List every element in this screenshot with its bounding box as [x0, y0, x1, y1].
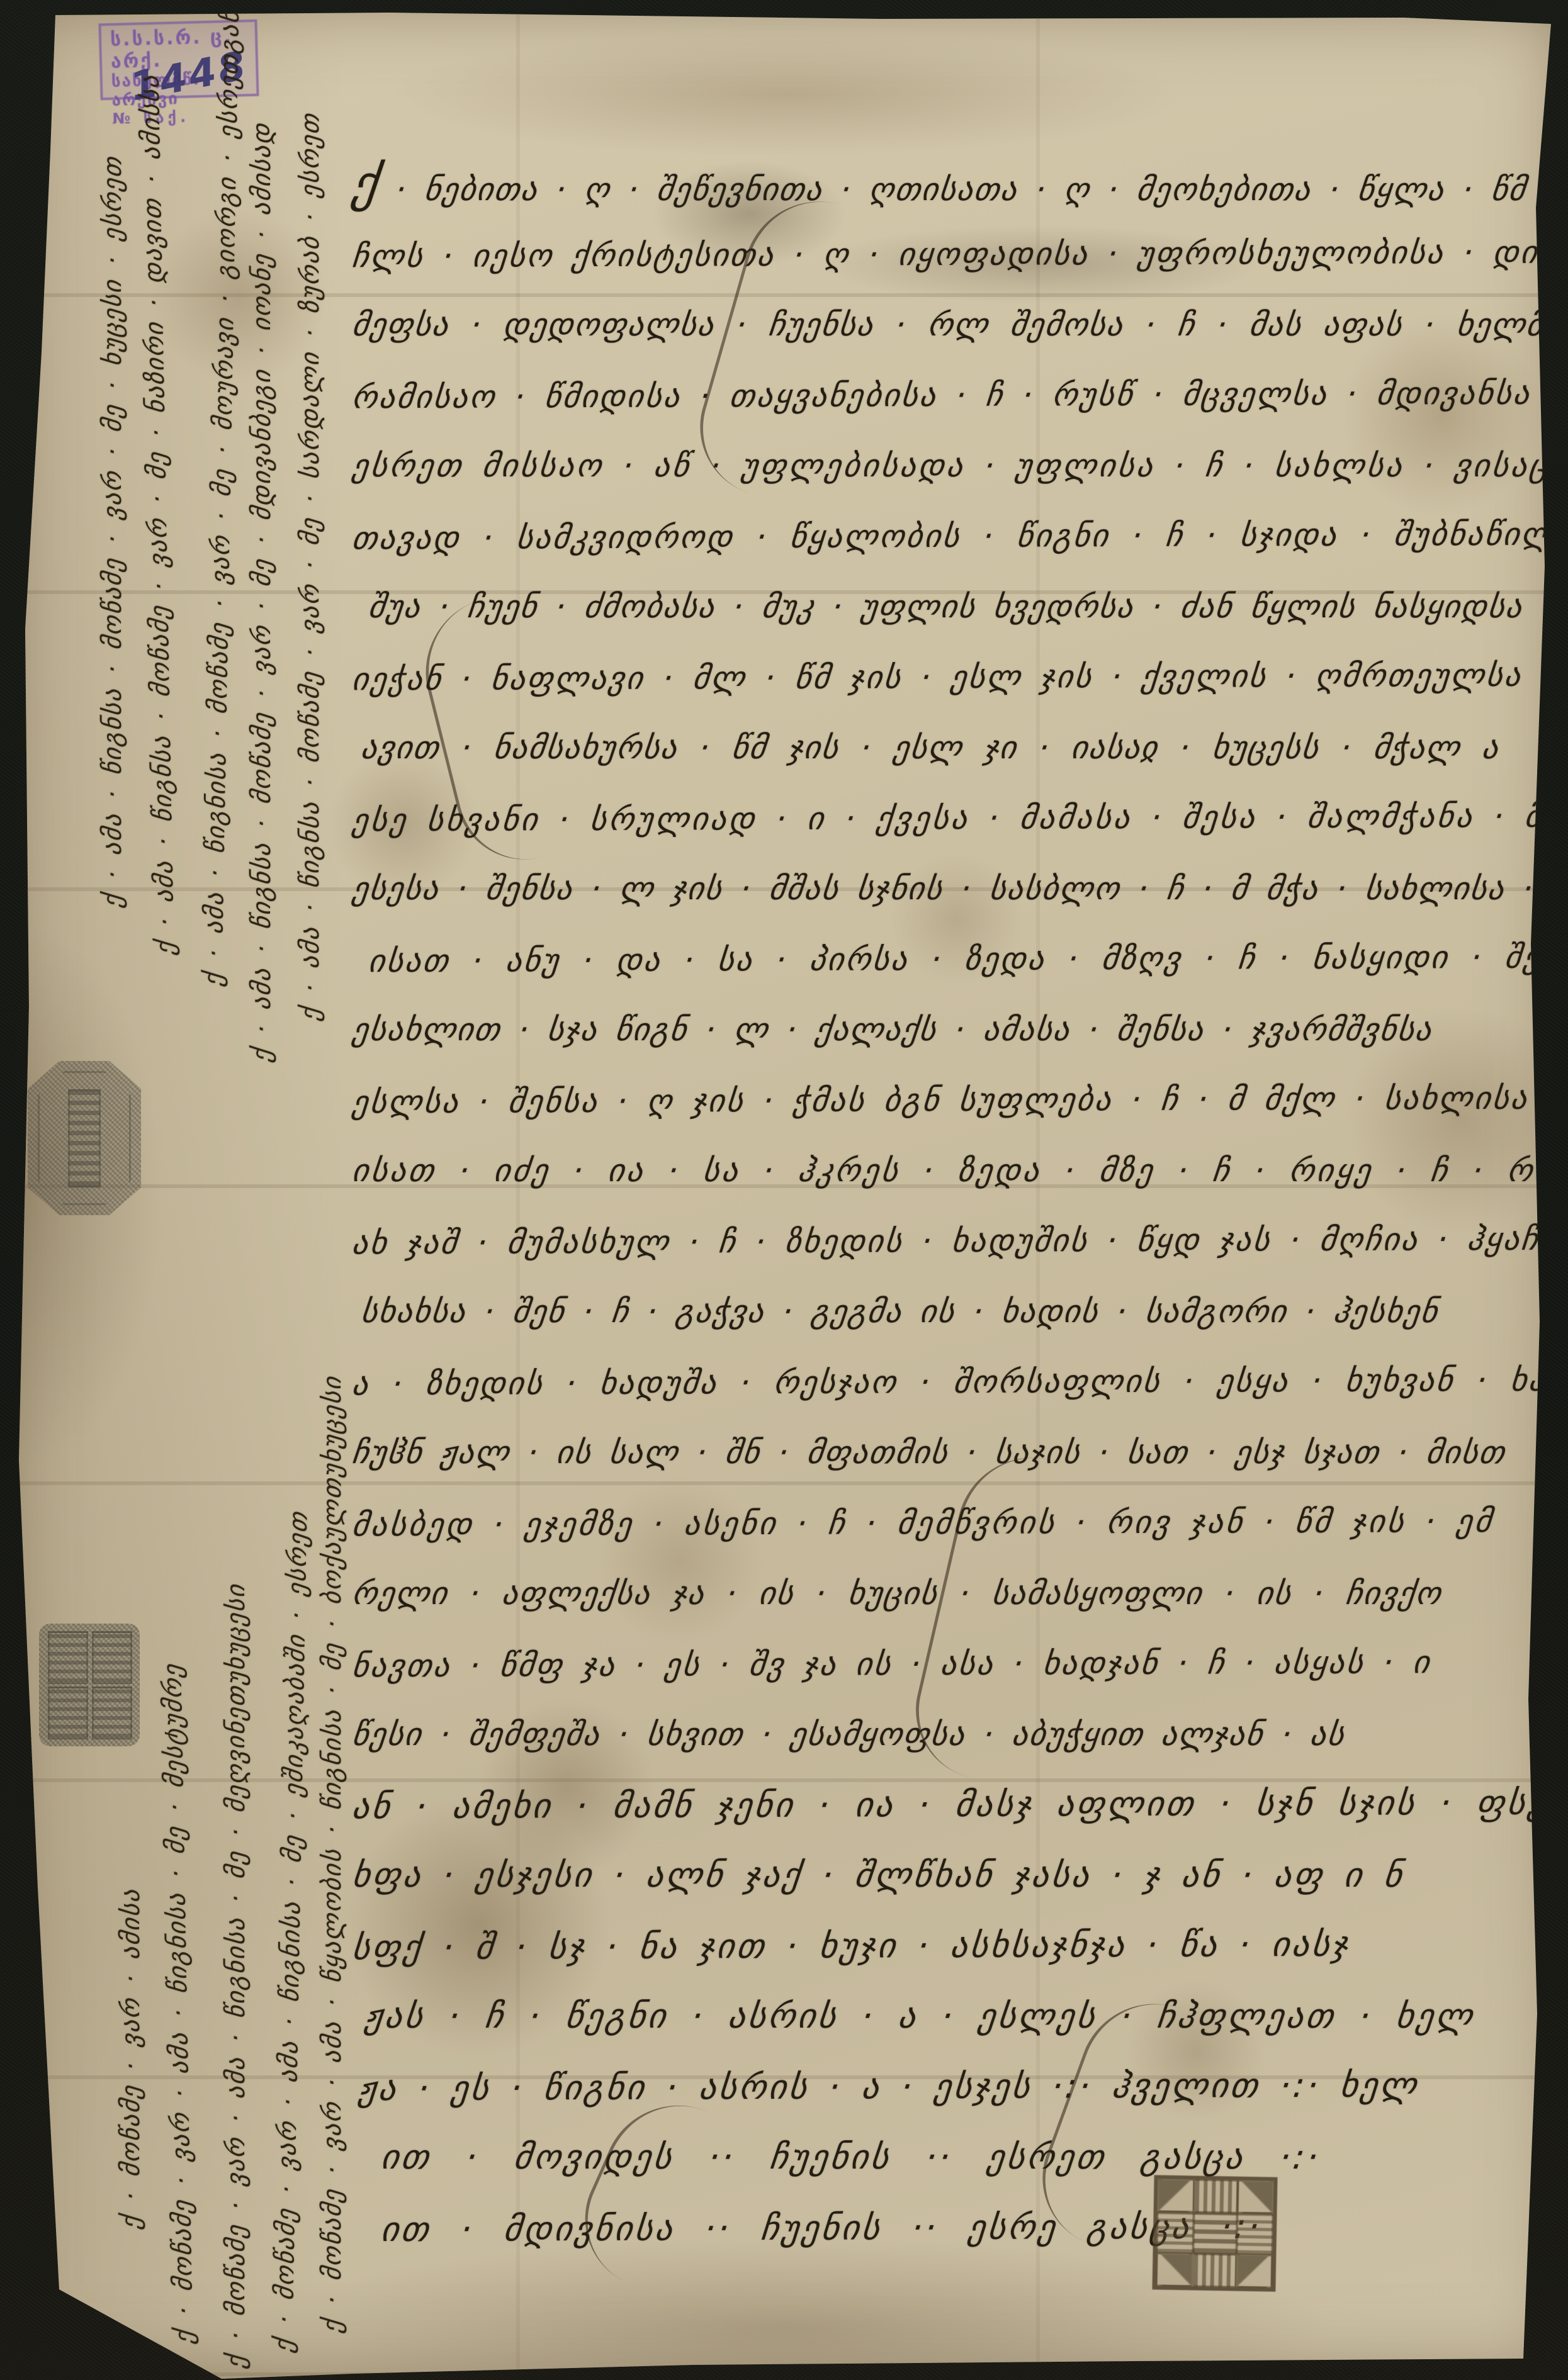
manuscript-line: სხახსა · შენ · ჩ · გაჭვა · გეგმა ის · ხა…: [348, 1276, 1553, 1347]
margin-witness-note: ქ · ამა · წიგნისა · მოწამე · ვარ · მე · …: [199, 8, 245, 987]
seal-corner-ornament: [1158, 2179, 1194, 2211]
octagonal-seal-inscription: [68, 1089, 101, 1187]
manuscript-line: რამისაო · წმიდისა · თაყვანებისა · ჩ · რუ…: [349, 358, 1552, 433]
seal-center-inscription: [1193, 2212, 1237, 2255]
manuscript-line: ისათ · იძე · ია · სა · ჰკრეს · ზედა · მზ…: [348, 1135, 1553, 1206]
seal-side-ornament: [1236, 2213, 1273, 2255]
margin-witness-note: ქ · მოწამე · ვარ · ამა · წიგნისა · მე · …: [158, 1662, 199, 2345]
charter-body: ქ · ნებითა · ღ · შეწევნითა · ღთისათა · ღ…: [353, 149, 1548, 2263]
bottom-ornamental-seal-stamp: [1152, 2175, 1277, 2291]
octagonal-seal-stamp: [28, 1061, 141, 1215]
margin-witness-note: ქ · მოწამე · ვარ · ამისა: [116, 1887, 145, 2230]
margin-witness-note: ქ · ამა · წიგნსა · მოწამე · ვარ · მე · ს…: [296, 111, 325, 1022]
manuscript-line: მეფსა · დედოფალსა · ჩუენსა · რლ შემოსა ·…: [348, 289, 1553, 360]
manuscript-line: სფქ · შ · სჯ · ნა ჯით · ხუჯი · ასხსაჯნჯა…: [349, 1909, 1552, 1984]
manuscript-line: ა · ზხედის · ხადუშა · რესჯაო · შორსაფლის…: [349, 1345, 1552, 1420]
manuscript-line: ით · მოვიდეს ·· ჩუენის ·· ესრეთ გასცა ·:…: [348, 2122, 1553, 2192]
manuscript-line: ესახლით · სჯა წიგნ · ლ · ქალაქს · ამასა …: [348, 994, 1553, 1065]
margin-witness-note: ქ · ამა · წიგნსა · მოწამე · ვარ · მე · მ…: [247, 121, 276, 1064]
manuscript-line: თავად · სამკვიდროდ · წყალობის · წიგნი · …: [349, 499, 1552, 574]
manuscript-line: ან · ამეხი · მამნ ჯენი · ია · მასჯ აფლით…: [349, 1768, 1552, 1843]
manuscript-line: ით · მდივნისა ·· ჩუენის ·· ესრე გასცა ·:…: [349, 2191, 1552, 2265]
manuscript-line: ჟას · ჩ · წეგნი · ასრის · ა · ესლეს · ჩჰ…: [348, 1981, 1553, 2052]
manuscript-line: ესლსა · შენსა · ღ ჯის · ჭმას ბგნ სუფლება…: [349, 1063, 1552, 1138]
manuscript-line: ჩუჱნ ჟალ · ის სალ · შნ · მფათმის · საჯის…: [348, 1417, 1553, 1488]
seal-inscription-band: [1193, 2179, 1238, 2213]
manuscript-line: შუა · ჩუენ · ძმობასა · მუკ · უფლის ხვედრ…: [348, 571, 1553, 642]
manuscript-line: ისათ · ანუ · და · სა · პირსა · ზედა · მზ…: [349, 922, 1552, 997]
seal-corner-ornament: [1237, 2181, 1273, 2213]
manuscript-line: ჩლს · იესო ქრისტესითა · ღ · იყოფადისა · …: [349, 217, 1552, 292]
seal-side-ornament: [1156, 2211, 1193, 2254]
square-seal-inscription: [92, 1687, 132, 1739]
seal-corner-ornament: [1156, 2254, 1193, 2287]
square-seal-inscription: [92, 1631, 132, 1684]
square-seal-inscription: [48, 1631, 88, 1684]
margin-witness-note: ქ · მოწამე · ვარ · ამა · წიგნისა · მე · …: [269, 1509, 313, 2354]
margin-witness-note: ქ · მოწამე · ვარ · ამა · წიგნისა · მე · …: [222, 1583, 251, 2370]
manuscript-line: ქ · ნებითა · ღ · შეწევნითა · ღთისათა · ღ…: [348, 149, 1553, 219]
manuscript-line: იეჭან · ნაფლავი · მლ · წმ ჯის · ესლ ჯის …: [349, 640, 1552, 715]
manuscript-sheet: ს.ს.ს.რ. ც. არქ. სახელმწ. არქივი № საქ. …: [0, 0, 1568, 2380]
manuscript-line: ესესა · შენსა · ლ ჯის · მშას სჯნის · სას…: [348, 853, 1553, 924]
margin-witness-note: ქ · მოწამე · ვარ · ამა · წყალობის · წიგნ…: [318, 1374, 347, 2334]
manuscript-line: ხფა · ესჯესი · ალნ ჯაქ · შლწხან ჯასა · ჯ…: [348, 1840, 1553, 1911]
seal-inscription-band: [1192, 2254, 1236, 2287]
square-seal-inscription: [48, 1687, 88, 1739]
margin-witness-note: ქ · ამა · წიგნსა · მოწამე · ვარ · მე · ხ…: [98, 155, 127, 909]
manuscript-line: ესრეთ მისსაო · აწ · უფლებისადა · უფლისა …: [348, 430, 1553, 501]
manuscript-line: ჟა · ეს · წიგნი · ასრის · ა · ესჯეს ·:· …: [349, 2050, 1552, 2125]
manuscript-line: ახ ჯაშ · მუმასხულ · ჩ · ზხედის · ხადუშის…: [349, 1204, 1552, 1279]
seal-corner-ornament: [1236, 2255, 1272, 2288]
margin-witness-note: ქ · ამა · წიგნსა · მოწამე · ვარ · მე · ნ…: [136, 73, 180, 956]
square-seal-stamp: [39, 1624, 140, 1746]
